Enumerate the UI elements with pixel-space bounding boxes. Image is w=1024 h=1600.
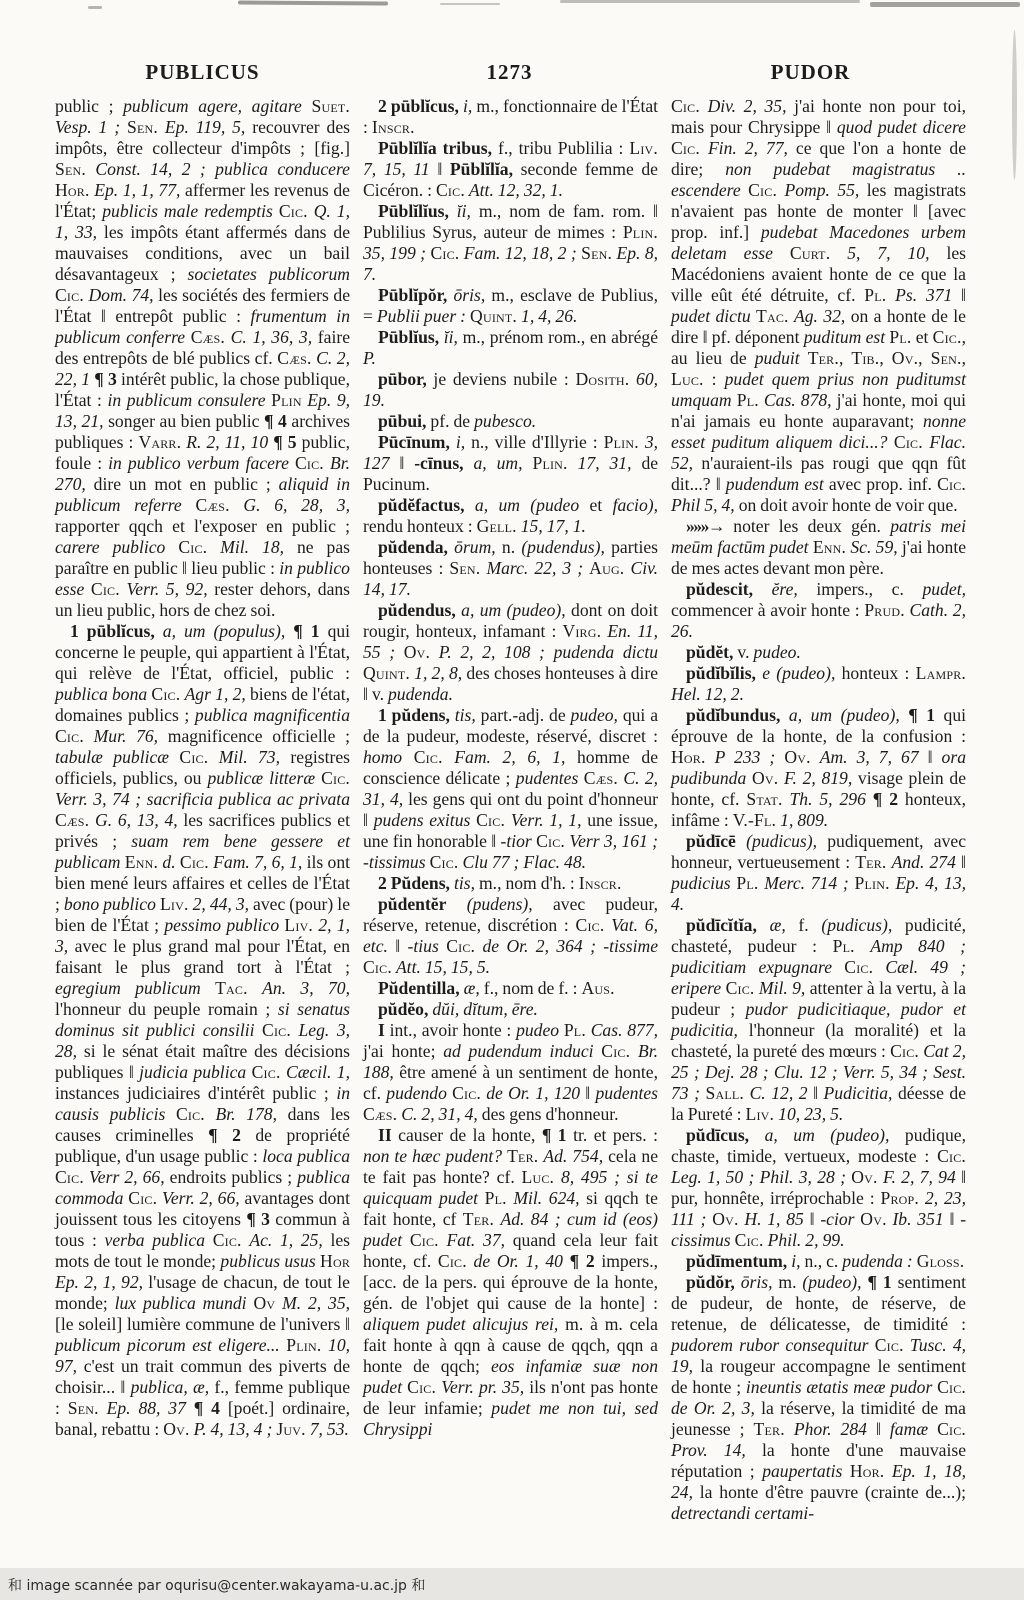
- dictionary-paragraph: pŭdīcē (pudicus), pudiquement, avec honn…: [671, 831, 966, 915]
- scan-artifact: [870, 2, 1020, 7]
- running-header: PUBLICUS 1273 PUDOR: [0, 60, 1024, 88]
- dictionary-paragraph: 2 pūblĭcus, i, m., fonctionnaire de l'Ét…: [363, 96, 658, 138]
- dictionary-paragraph: pŭdŏr, ōris, m. (pudeo), ¶ 1 sentiment d…: [671, 1272, 966, 1524]
- scan-artifact: [1012, 30, 1017, 180]
- dictionary-paragraph: pūbui, pf. de pubesco.: [363, 411, 658, 432]
- dictionary-paragraph: I int., avoir honte : pudeo Pl. Cas. 877…: [363, 1020, 658, 1125]
- column-1: public ; publicum agere, agitare Suet. V…: [55, 96, 350, 1524]
- page-number: 1273: [362, 60, 657, 85]
- dictionary-paragraph: Pūblĭus, ĭi, m., prénom rom., en abrégé …: [363, 327, 658, 369]
- scan-artifact: [238, 0, 388, 5]
- dictionary-paragraph: 1 pŭdens, tis, part.-adj. de pudeo, qui …: [363, 705, 658, 873]
- scan-artifact: [88, 6, 102, 9]
- scan-artifact: [560, 0, 860, 3]
- dictionary-paragraph: pŭdendus, a, um (pudeo), dont on doit ro…: [363, 600, 658, 705]
- text-columns: public ; publicum agere, agitare Suet. V…: [55, 96, 966, 1524]
- dictionary-paragraph: Cic. Div. 2, 35, j'ai honte non pour toi…: [671, 96, 966, 516]
- dictionary-paragraph: pŭdīmentum, i, n., c. pudenda : Gloss.: [671, 1251, 966, 1272]
- dictionary-paragraph: Pūcīnum, i, n., ville d'Illyrie : Plin. …: [363, 432, 658, 495]
- dictionary-paragraph: pŭdescit, ĕre, impers., c. pudet, commen…: [671, 579, 966, 642]
- dictionary-paragraph: pŭdīcĭtĭa, æ, f. (pudicus), pudicité, ch…: [671, 915, 966, 1125]
- dictionary-paragraph: pūbor, je deviens nubile : Dosith. 60, 1…: [363, 369, 658, 411]
- dictionary-paragraph: 2 Pŭdens, tis, m., nom d'h. : Inscr.: [363, 873, 658, 894]
- dictionary-paragraph: II causer de la honte, ¶ 1 tr. et pers. …: [363, 1125, 658, 1440]
- dictionary-paragraph: Pŭdentilla, æ, f., nom de f. : Aus.: [363, 978, 658, 999]
- remark-arrow-icon: »»»→: [686, 516, 724, 536]
- dictionary-paragraph: pŭdĕt, v. pudeo.: [671, 642, 966, 663]
- footer-text: 和 image scannée par oqurisu@center.wakay…: [8, 1575, 425, 1595]
- dictionary-paragraph: pŭdĕfactus, a, um (pudeo et facio), rend…: [363, 495, 658, 537]
- scan-artifact: [440, 3, 500, 5]
- scan-footer: 和 image scannée par oqurisu@center.wakay…: [0, 1568, 1024, 1600]
- dictionary-paragraph: Pūblĭpŏr, ōris, m., esclave de Publius, …: [363, 285, 658, 327]
- column-2: 2 pūblĭcus, i, m., fonctionnaire de l'Ét…: [363, 96, 658, 1524]
- dictionary-paragraph: pŭdentĕr (pudens), avec pudeur, réserve,…: [363, 894, 658, 978]
- dictionary-page: PUBLICUS 1273 PUDOR public ; publicum ag…: [0, 0, 1024, 1600]
- column-3: Cic. Div. 2, 35, j'ai honte non pour toi…: [671, 96, 966, 1524]
- dictionary-paragraph: Pūblĭlĭus, ĭi, m., nom de fam. rom. ‖ Pu…: [363, 201, 658, 285]
- dictionary-paragraph: 1 pūblĭcus, a, um (populus), ¶ 1 qui con…: [55, 621, 350, 1440]
- dictionary-paragraph: pŭdenda, ōrum, n. (pudendus), parties ho…: [363, 537, 658, 600]
- running-head-right: PUDOR: [663, 60, 958, 85]
- dictionary-paragraph: pŭdĕo, dŭi, dĭtum, ēre.: [363, 999, 658, 1020]
- dictionary-paragraph: Pūblĭlĭa tribus, f., tribu Publilia : Li…: [363, 138, 658, 201]
- dictionary-paragraph: pŭdīcus, a, um (pudeo), pudique, chaste,…: [671, 1125, 966, 1251]
- dictionary-paragraph: »»»→ noter les deux gén. patris mei meūm…: [671, 516, 966, 579]
- dictionary-paragraph: pŭdĭbundus, a, um (pudeo), ¶ 1 qui éprou…: [671, 705, 966, 831]
- running-head-left: PUBLICUS: [55, 60, 350, 85]
- dictionary-paragraph: public ; publicum agere, agitare Suet. V…: [55, 96, 350, 621]
- dictionary-paragraph: pŭdĭbĭlis, e (pudeo), honteux : Lampr. H…: [671, 663, 966, 705]
